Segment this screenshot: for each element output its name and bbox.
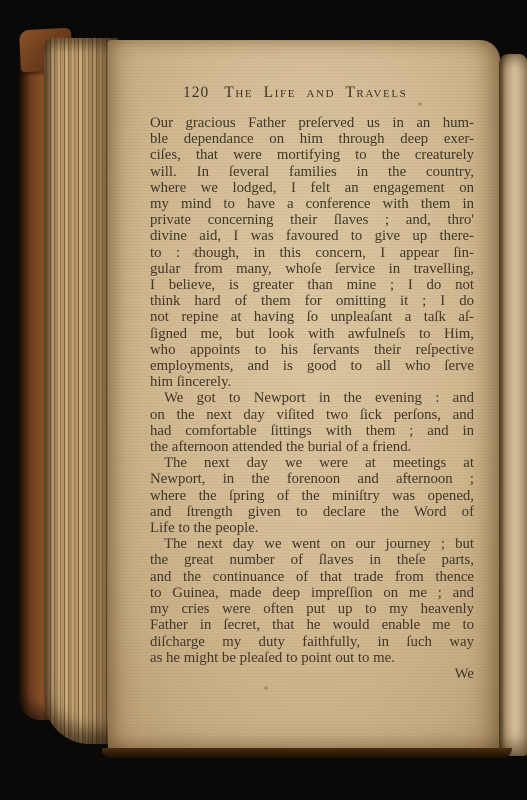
page-bottom-edge [102, 748, 512, 758]
text-line: the great number of ſlaves in theſe part… [150, 552, 474, 568]
text-line: ſigned me, but look with awfulneſs to Hi… [150, 326, 474, 342]
text-line: think hard of them for omitting it ; I d… [150, 293, 474, 309]
text-line: and ſtrength given to declare the Word o… [150, 504, 474, 520]
book-photo: 120The Life and Travels Our gracious Fat… [0, 0, 527, 800]
text-line: The next day we went on our journey ; bu… [150, 536, 474, 552]
text-line: Father in ſecret, that he would enable m… [150, 617, 474, 633]
page-curl-edge [499, 54, 527, 756]
text-line: who appoints to his ſervants their reſpe… [150, 342, 474, 358]
fore-edge-pages [44, 38, 118, 744]
text-line: where the ſpring of the miniſtry was ope… [150, 488, 474, 504]
page-number: 120 [183, 84, 209, 101]
page-header: 120The Life and Travels [150, 84, 474, 102]
text-line: employments, and is good to all who ſerv… [150, 358, 474, 374]
text-line: him ſincerely. [150, 374, 474, 390]
text-line: ciſes, that were mortifying to the creat… [150, 147, 474, 163]
text-line: my cries were often put up to my heavenl… [150, 601, 474, 617]
text-line: gular from many, whoſe ſervice in travel… [150, 261, 474, 277]
catchword: We [150, 666, 474, 682]
text-line: and the continuance of that trade from t… [150, 569, 474, 585]
text-block: Our gracious Father preſerved us in an h… [150, 115, 474, 682]
text-line: divine aid, I was favoured to give up th… [150, 228, 474, 244]
text-line: not repine at having ſo unpleaſant a taſ… [150, 309, 474, 325]
text-line: Life to the people. [150, 520, 474, 536]
text-line: to : though, in this concern, I appear ſ… [150, 245, 474, 261]
text-line: my mind to have a conference with them i… [150, 196, 474, 212]
text-line: We got to Newport in the evening : and [150, 390, 474, 406]
text-line: on the next day viſited two ſick perſons… [150, 407, 474, 423]
text-line: I believe, is greater than mine ; I do n… [150, 277, 474, 293]
text-line: where we lodged, I felt an engagement on [150, 180, 474, 196]
text-line: private concerning their ſlaves ; and, t… [150, 212, 474, 228]
text-line: to Guinea, made deep impreſſion on me ; … [150, 585, 474, 601]
text-line: will. In ſeveral families in the country… [150, 164, 474, 180]
text-line: had comfortable ſittings with them ; and… [150, 423, 474, 439]
text-line: as he might be pleaſed to point out to m… [150, 650, 474, 666]
text-line: Our gracious Father preſerved us in an h… [150, 115, 474, 131]
text-line: ble dependance on him through deep exer- [150, 131, 474, 147]
text-line: Newport, in the forenoon and afternoon ; [150, 471, 474, 487]
running-title: The Life and Travels [224, 84, 407, 101]
text-line: the afternoon attended the burial of a f… [150, 439, 474, 455]
text-line: The next day we were at meetings at [150, 455, 474, 471]
text-line: diſcharge my duty faithfully, in ſuch wa… [150, 634, 474, 650]
